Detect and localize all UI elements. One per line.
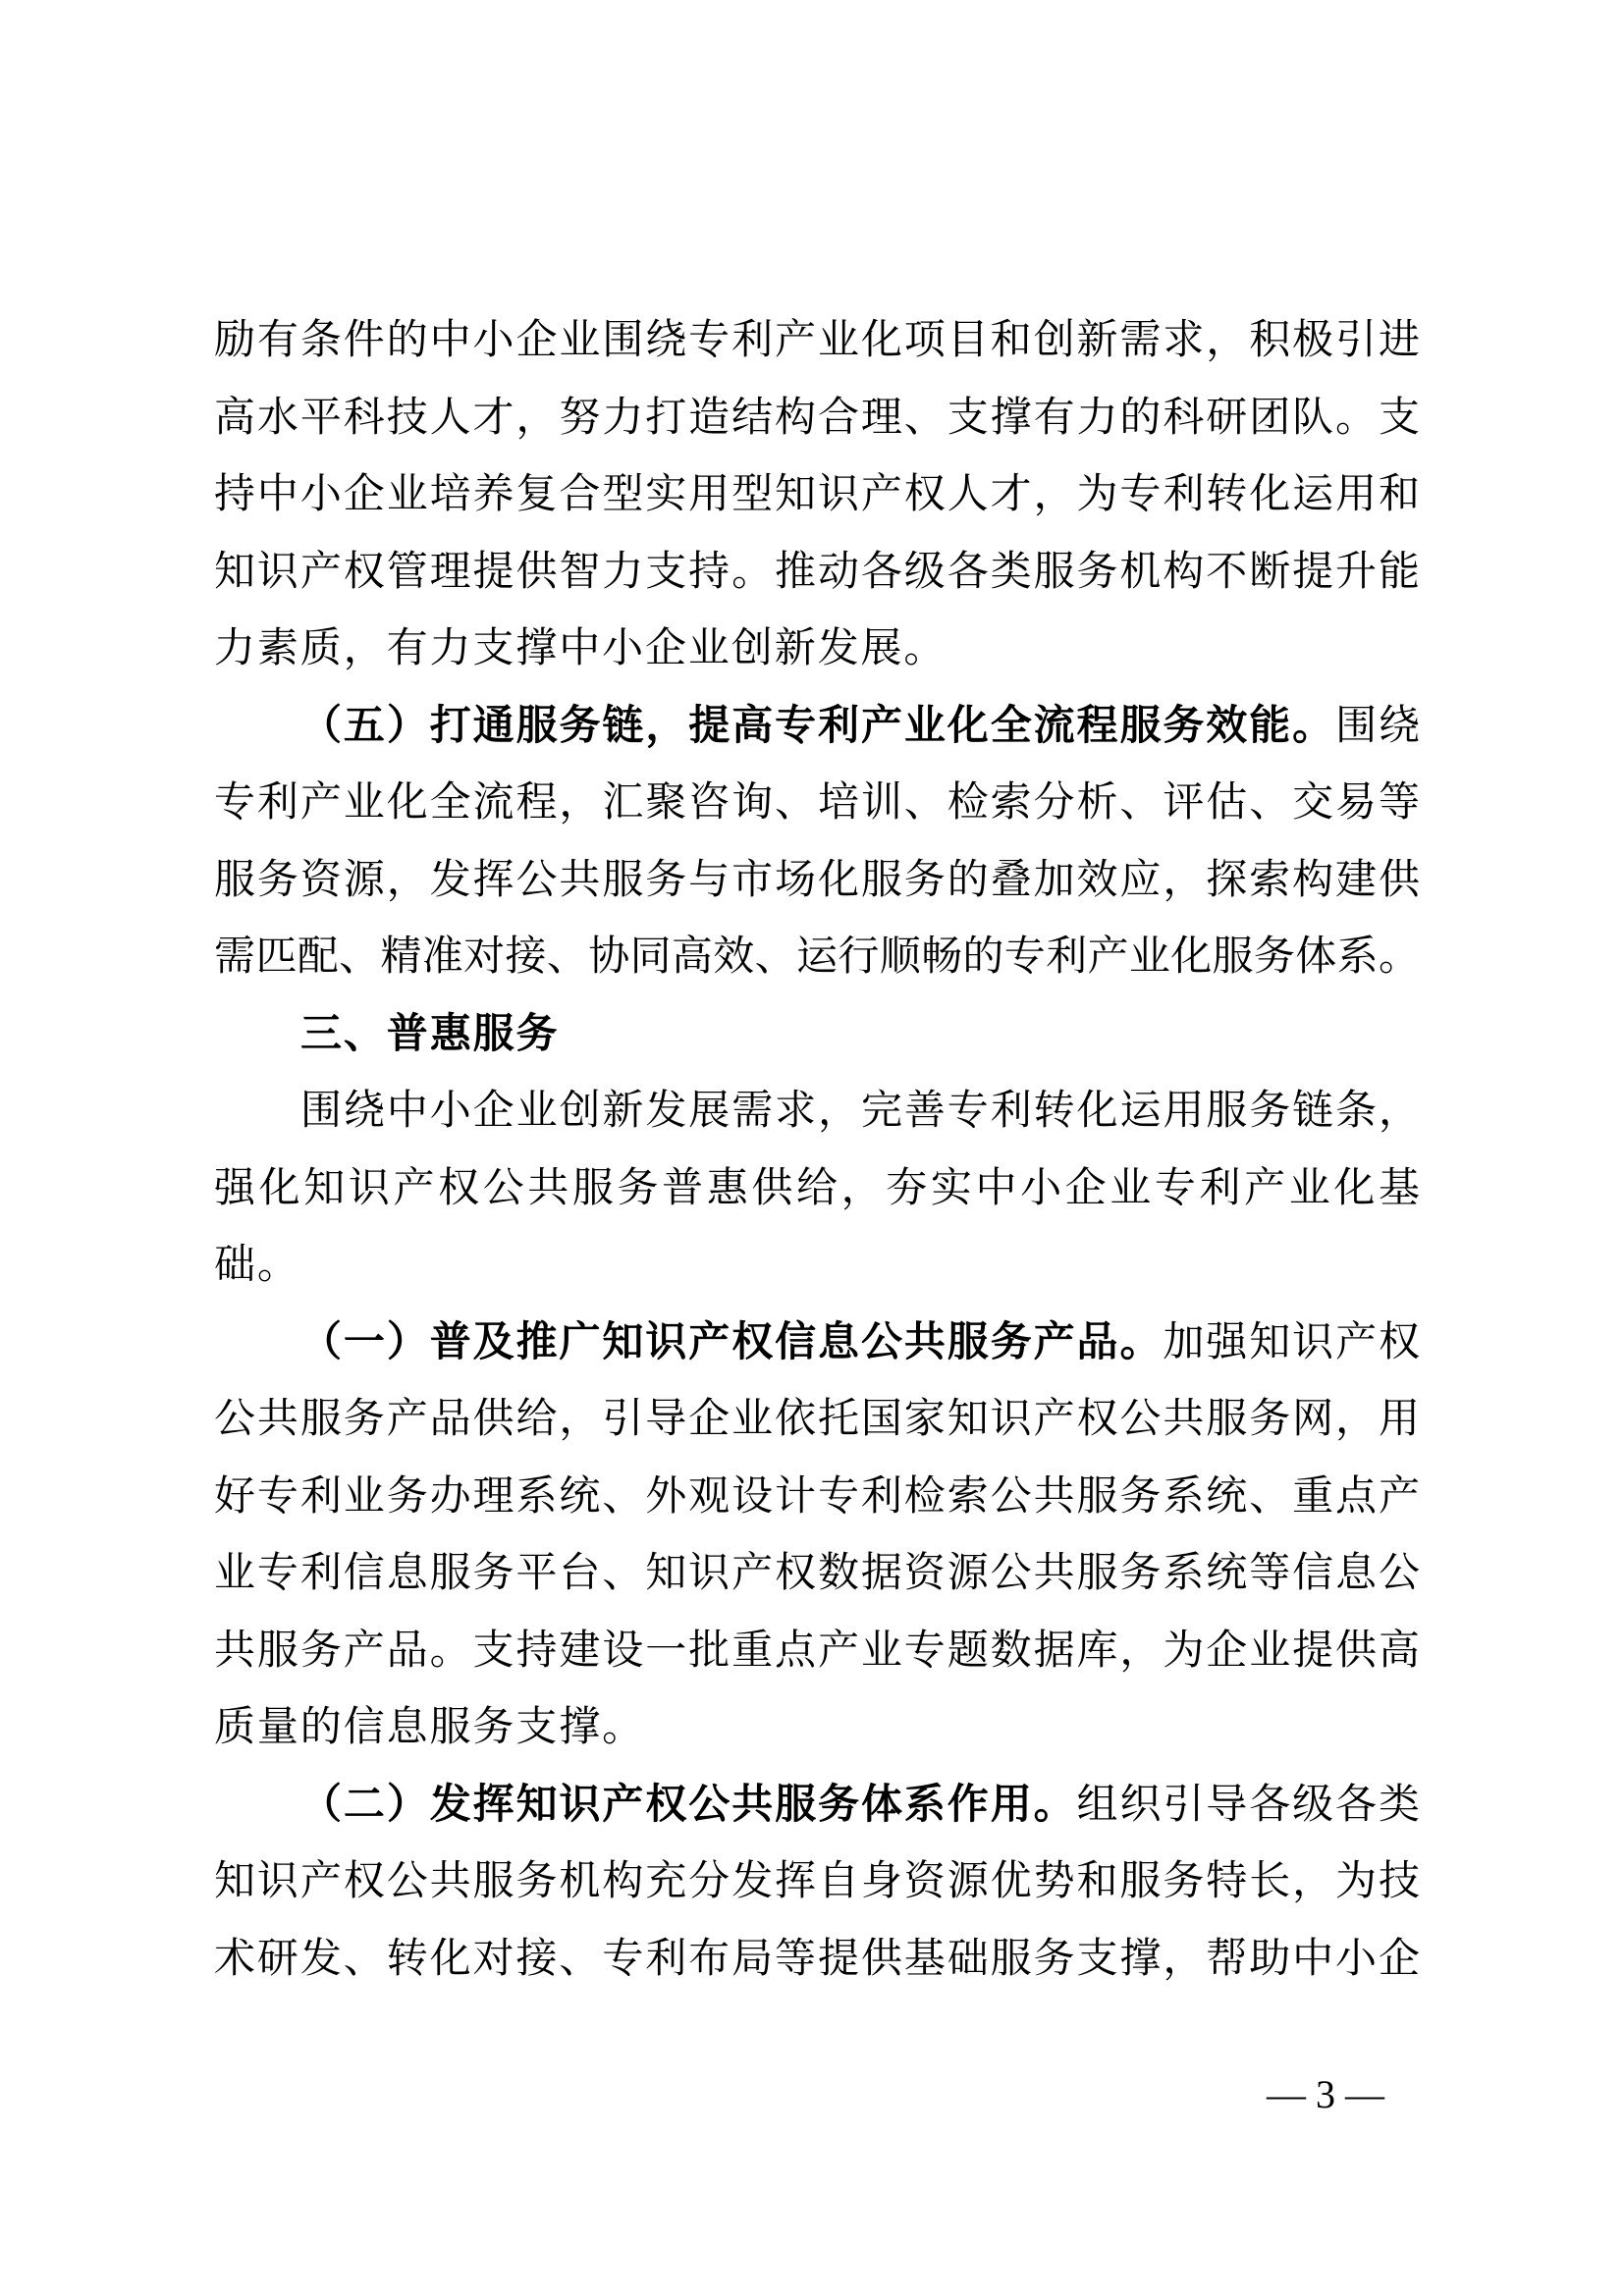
section-heading-5: （五）打通服务链，提高专利产业化全流程服务效能。	[300, 704, 1335, 749]
body-text: 励有条件的中小企业围绕专利产业化项目和创新需求，积极引进 高水平科技人才，努力打…	[214, 302, 1420, 1998]
section-heading-2: （二）发挥知识产权公共服务体系作用。	[300, 1783, 1077, 1828]
text-run: 加强知识产权	[1163, 1320, 1420, 1365]
text-line: 好专利业务办理系统、外观设计专利检索公共服务系统、重点产	[214, 1459, 1420, 1536]
text-line: 高水平科技人才，努力打造结构合理、支撑有力的科研团队。支	[214, 380, 1420, 457]
section-heading-line: （二）发挥知识产权公共服务体系作用。组织引导各级各类	[214, 1767, 1420, 1844]
text-line: 强化知识产权公共服务普惠供给，夯实中小企业专利产业化基	[214, 1150, 1420, 1228]
section-heading-line: （一）普及推广知识产权信息公共服务产品。加强知识产权	[214, 1305, 1420, 1382]
text-line: 业专利信息服务平台、知识产权数据资源公共服务系统等信息公	[214, 1535, 1420, 1613]
chapter-heading-3: 三、普惠服务	[300, 1012, 559, 1057]
text-line: 础。	[214, 1227, 1420, 1305]
text-line: 力素质，有力支撑中小企业创新发展。	[214, 611, 1420, 688]
text-line: 知识产权管理提供智力支持。推动各级各类服务机构不断提升能	[214, 534, 1420, 612]
chapter-heading-line: 三、普惠服务	[214, 996, 1420, 1074]
text-line: 术研发、转化对接、专利布局等提供基础服务支撑，帮助中小企	[214, 1921, 1420, 1999]
text-run: 组织引导各级各类	[1077, 1783, 1420, 1828]
text-line: 服务资源，发挥公共服务与市场化服务的叠加效应，探索构建供	[214, 842, 1420, 920]
text-line: 共服务产品。支持建设一批重点产业专题数据库，为企业提供高	[214, 1613, 1420, 1690]
text-line: 专利产业化全流程，汇聚咨询、培训、检索分析、评估、交易等	[214, 765, 1420, 842]
document-page: 励有条件的中小企业围绕专利产业化项目和创新需求，积极引进 高水平科技人才，努力打…	[0, 0, 1624, 2296]
text-line: 质量的信息服务支撑。	[214, 1689, 1420, 1767]
text-line: 需匹配、精准对接、协同高效、运行顺畅的专利产业化服务体系。	[214, 919, 1420, 996]
text-line: 围绕中小企业创新发展需求，完善专利转化运用服务链条，	[214, 1073, 1420, 1150]
section-heading-1: （一）普及推广知识产权信息公共服务产品。	[300, 1320, 1163, 1365]
page-number: — 3 —	[1249, 2073, 1402, 2116]
text-run: 围绕	[1335, 704, 1420, 749]
text-line: 励有条件的中小企业围绕专利产业化项目和创新需求，积极引进	[214, 302, 1420, 380]
section-heading-line: （五）打通服务链，提高专利产业化全流程服务效能。围绕	[214, 688, 1420, 766]
text-line: 公共服务产品供给，引导企业依托国家知识产权公共服务网，用	[214, 1381, 1420, 1459]
text-line: 知识产权公共服务机构充分发挥自身资源优势和服务特长，为技	[214, 1843, 1420, 1921]
text-line: 持中小企业培养复合型实用型知识产权人才，为专利转化运用和	[214, 456, 1420, 534]
